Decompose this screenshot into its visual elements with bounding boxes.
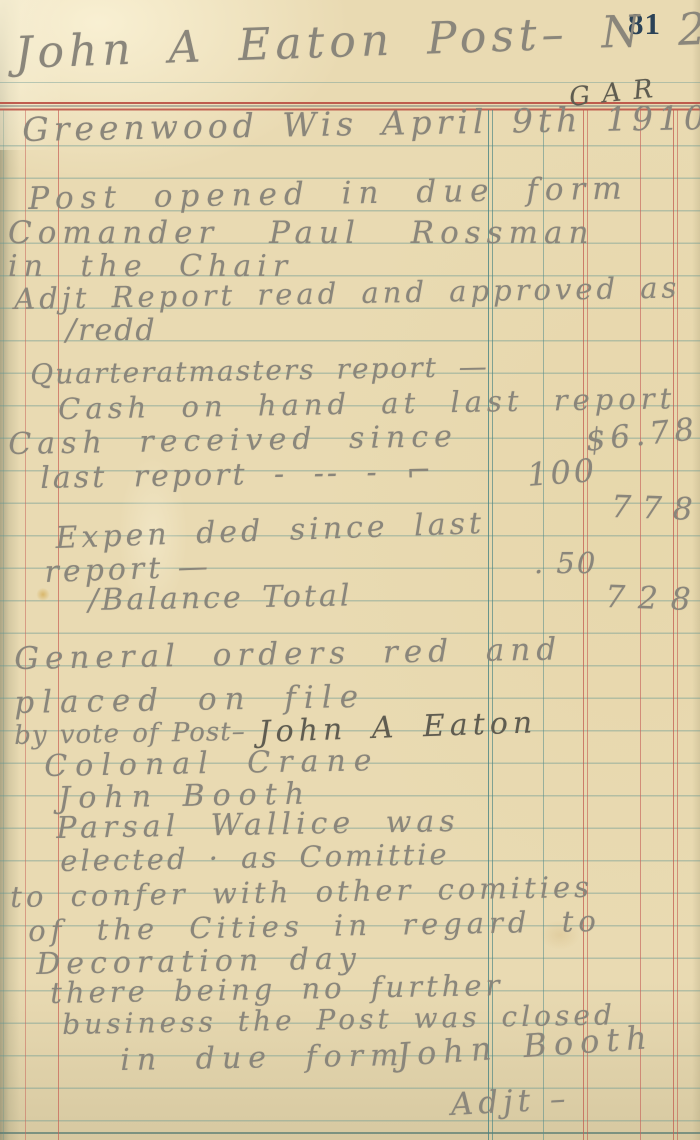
vertical-rule-red-money: [673, 110, 674, 1140]
amount-received-since: 100: [526, 453, 598, 493]
minutes-line: ∕redd: [66, 314, 157, 347]
ruled-line-bottom: [0, 1132, 700, 1134]
ledger-page: 81 John A Eaton Post– N 213G A RGreenwoo…: [0, 0, 700, 1140]
vertical-rule-red-money: [677, 110, 678, 1140]
vertical-rule-red-money: [640, 110, 641, 1140]
vertical-rule-teal: [3, 110, 4, 1140]
minutes-line: in due form: [120, 1039, 406, 1077]
amount-subtotal: 778: [611, 490, 700, 527]
vertical-rule-teal: [543, 110, 544, 1140]
vertical-rule-red-money: [587, 110, 588, 1140]
ledger-line: last report ‑ ‑‑ ‑ ⌐: [40, 455, 435, 495]
signature-title-adjt: Adjt –: [450, 1082, 571, 1122]
ledger-line: ∕Balance Total: [88, 579, 353, 617]
vertical-rule-red-money: [583, 110, 584, 1140]
name-colonal-crane: Colonal Crane: [44, 744, 380, 783]
paper-stain: [36, 588, 50, 601]
minutes-line: Comander Paul Rossman: [8, 216, 594, 250]
amount-balance-total: 728: [605, 580, 700, 617]
amount-expended: . 50: [534, 548, 597, 580]
post-title: John A Eaton Post– N 213: [14, 3, 700, 78]
minutes-line: elected · as Comittie: [60, 839, 450, 878]
